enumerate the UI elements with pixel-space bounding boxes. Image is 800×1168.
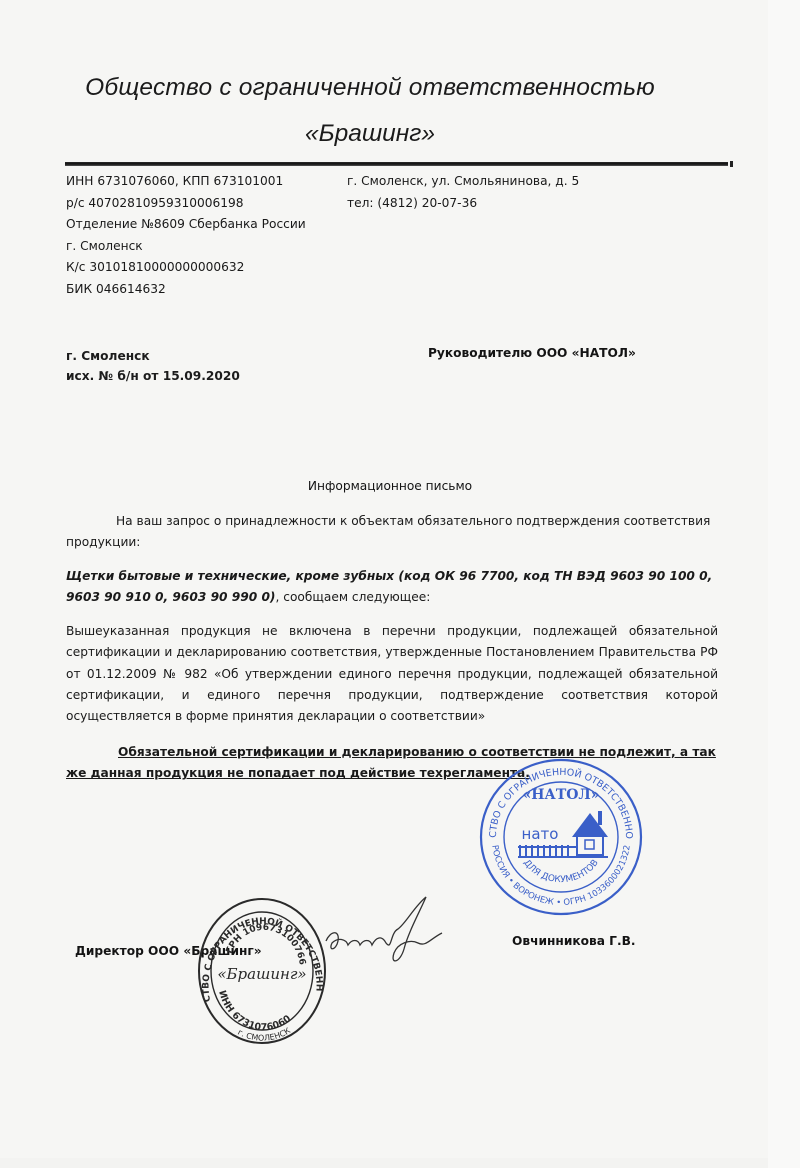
requisite-bank: Отделение №8609 Сбербанка России [66,214,306,236]
paragraph-request-text: На ваш запрос о принадлежности к объекта… [66,514,710,549]
letter-city: г. Смоленск [66,346,240,366]
natol-stamp-inner-text: ДЛЯ ДОКУМЕНТОВ [521,858,601,885]
brushing-stamp-inn: ИНН 6731076060 [216,989,293,1033]
requisite-bik: БИК 046614632 [66,279,306,301]
brushing-stamp-name: «Брашинг» [217,965,306,983]
paragraph-request: На ваш запрос о принадлежности к объекта… [66,511,720,554]
bank-requisites: ИНН 6731076060, КПП 673101001 р/с 407028… [66,171,306,300]
requisite-account: р/с 40702810959310006198 [66,193,306,215]
org-name-heading: «Брашинг» [0,120,740,148]
org-form-heading: Общество с ограниченной ответственностью [0,74,740,102]
company-phone: тел: (4812) 20-07-36 [347,193,579,215]
product-followup: , сообщаем следующее: [276,590,431,604]
requisite-corr-account: К/с 30101810000000000632 [66,257,306,279]
addressee: Руководителю ООО «НАТОЛ» [428,346,636,360]
contact-requisites: г. Смоленск, ул. Смольянинова, д. 5 тел:… [347,171,579,214]
brushing-stamp: ОБЩЕСТВО С ОГРАНИЧЕННОЙ ОТВЕТСТВЕННОСТЬЮ… [196,895,328,1045]
requisite-inn: ИНН 6731076060, КПП 673101001 [66,171,306,193]
company-address: г. Смоленск, ул. Смольянинова, д. 5 [347,171,579,193]
brushing-stamp-outer-text: ОБЩЕСТВО С ОГРАНИЧЕННОЙ ОТВЕТСТВЕННОСТЬЮ [196,895,324,1003]
natol-stamp: ОБЩЕСТВО С ОГРАНИЧЕННОЙ ОТВЕТСТВЕННОСТЬЮ… [478,757,644,917]
natol-logo-text: нато [522,825,559,843]
outgoing-reference: исх. № б/н от 15.09.2020 [66,366,240,386]
document-title: Информационное письмо [0,479,780,493]
natol-stamp-name: «НАТОЛ» [522,787,599,803]
paragraph-product: Щетки бытовые и технические, кроме зубны… [66,566,726,609]
director-signature [318,893,448,973]
header-rule-end [730,161,733,167]
header-rule [65,162,728,166]
paragraph-regulation: Вышеуказанная продукция не включена в пе… [66,621,718,727]
letter-meta: г. Смоленск исх. № б/н от 15.09.2020 [66,346,240,386]
requisite-city: г. Смоленск [66,236,306,258]
signatory-name: Овчинникова Г.В. [512,934,636,948]
scan-edge [768,0,800,1168]
